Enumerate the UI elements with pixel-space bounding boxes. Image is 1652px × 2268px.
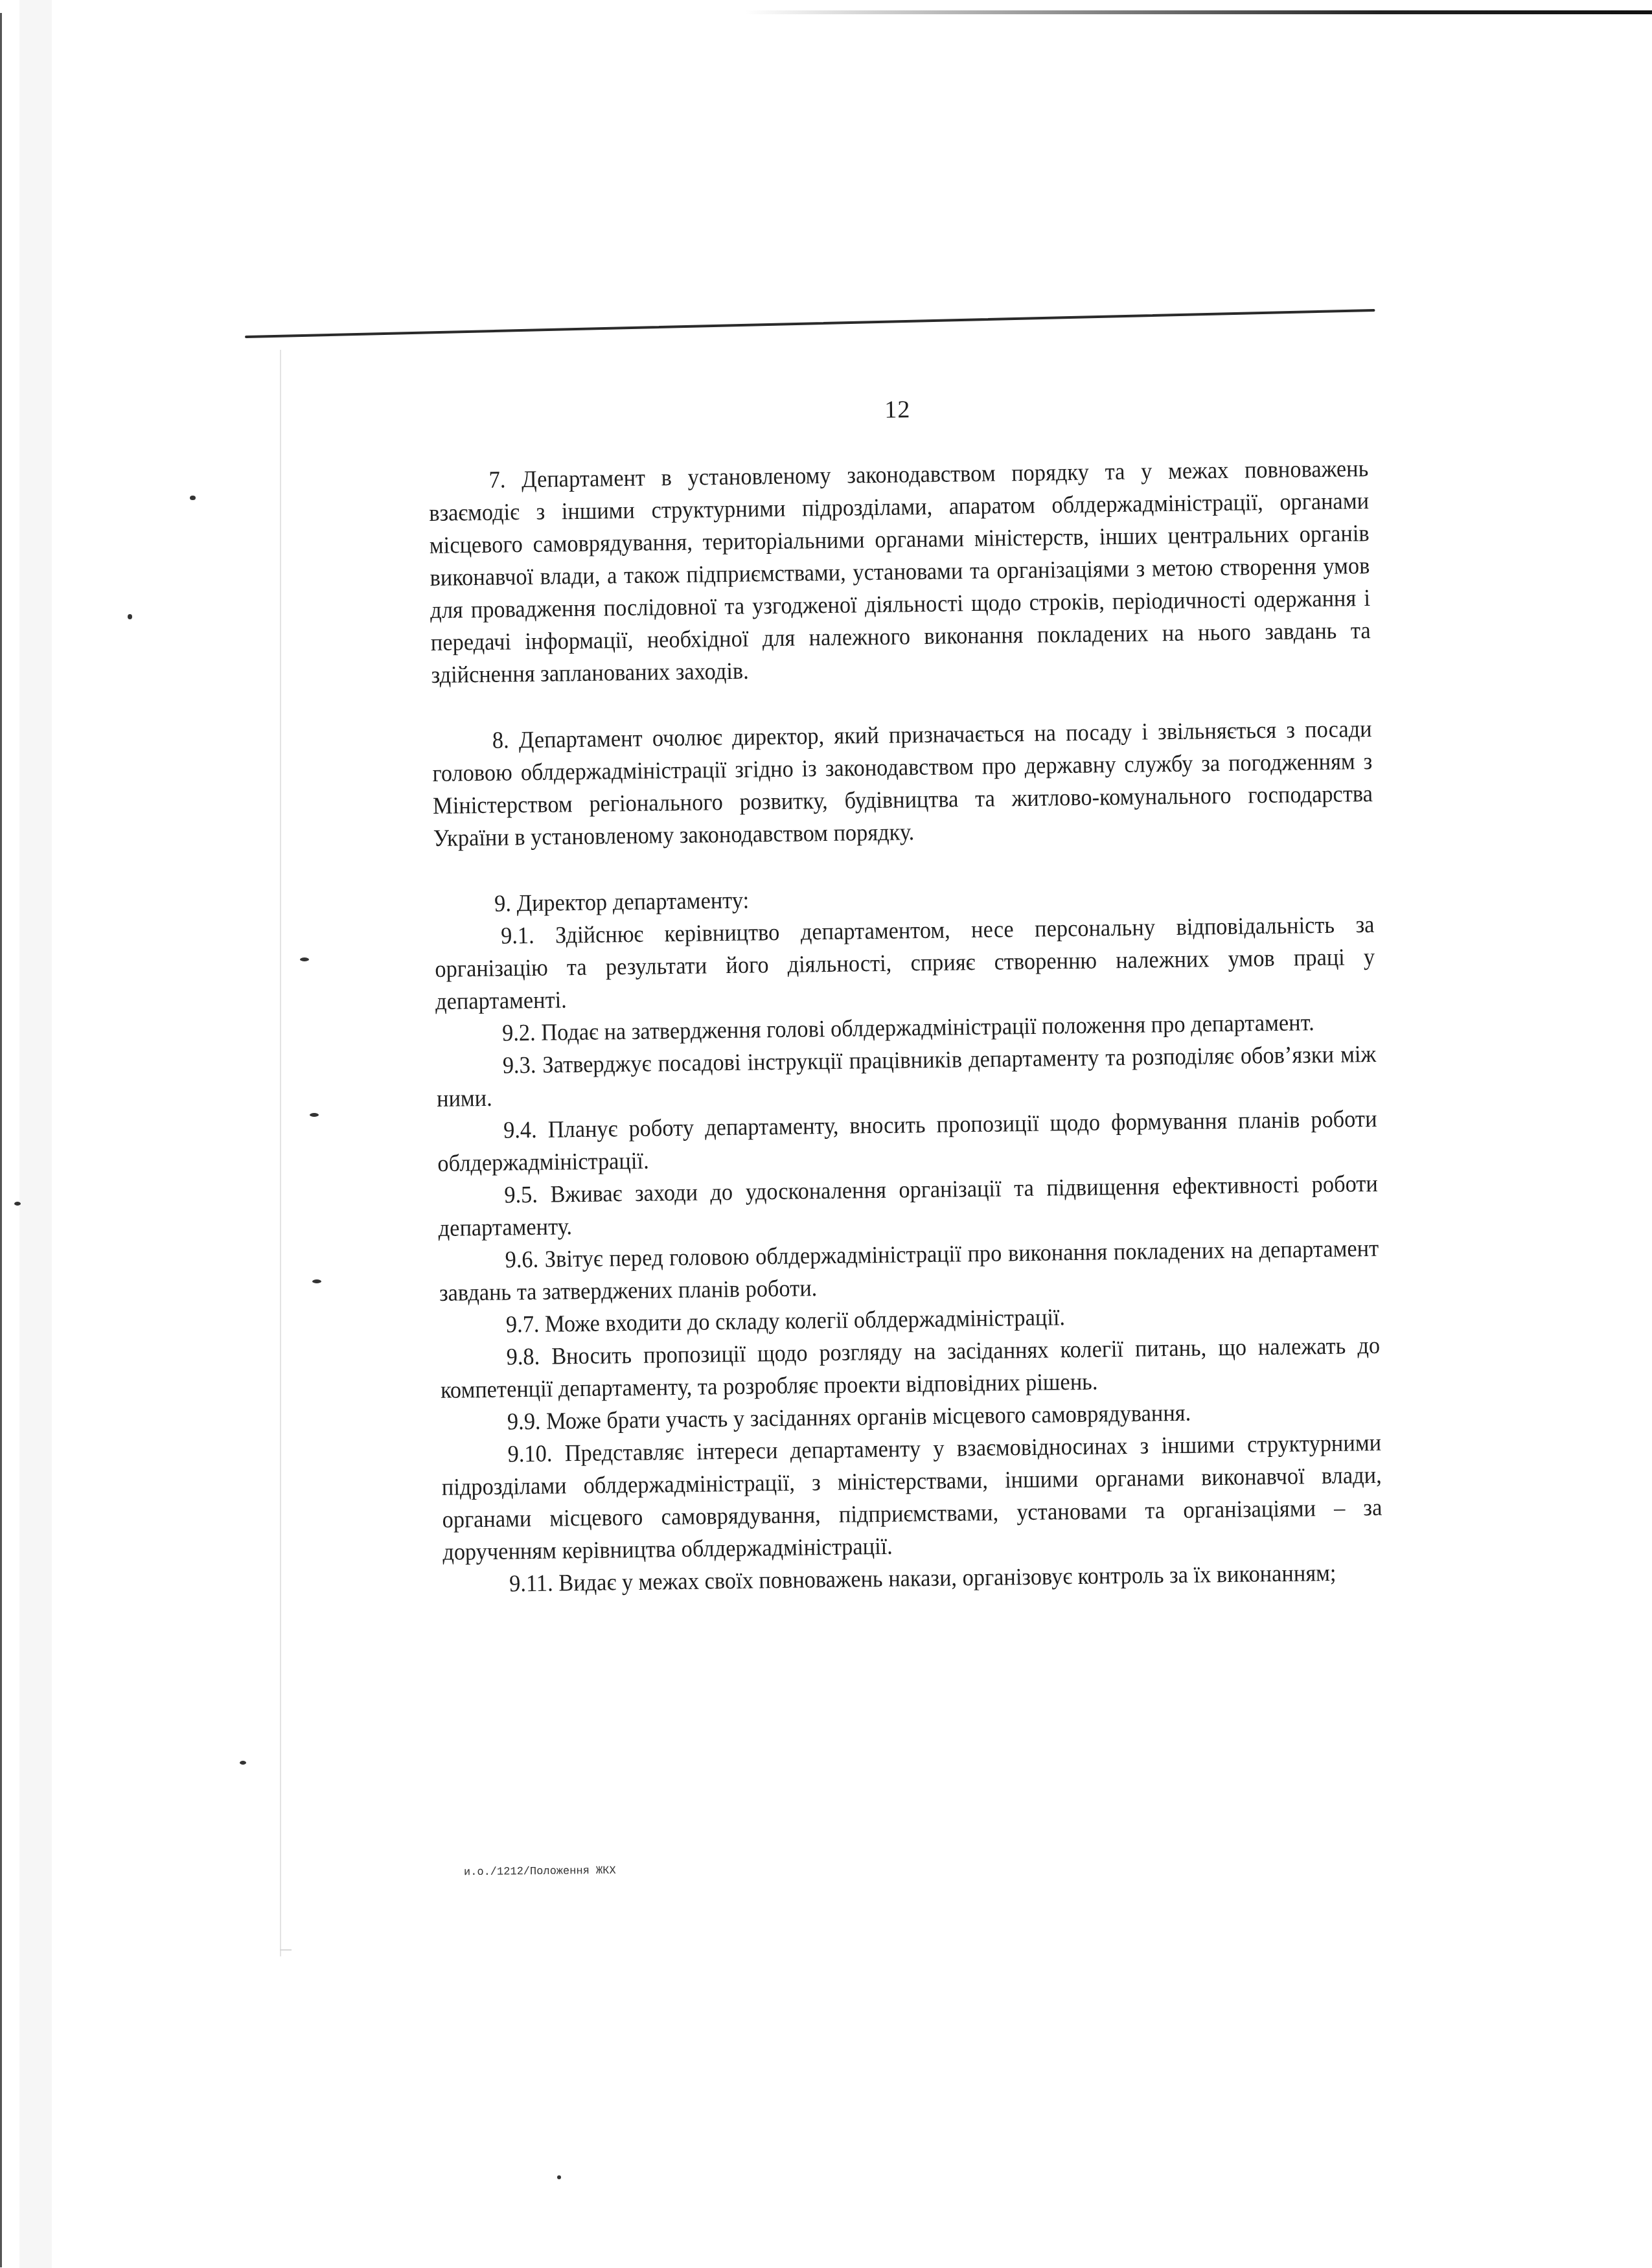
paragraph-8: 8. Департамент очолює директор, який при… <box>432 713 1373 855</box>
scan-speck <box>300 957 309 961</box>
scan-speck <box>310 1113 319 1117</box>
scan-speck <box>128 614 132 619</box>
page-number: 12 <box>428 389 1367 430</box>
scan-speck <box>14 1202 21 1206</box>
footer-document-code: и.о./1212/Положення ЖКХ <box>464 1865 616 1879</box>
scan-top-edge <box>745 10 1652 14</box>
scan-shadow <box>19 0 52 2268</box>
paragraph-9-4: 9.4. Планує роботу департаменту, вносить… <box>437 1103 1377 1180</box>
page-corner-mark <box>280 1949 292 1951</box>
paragraph-9-3: 9.3. Затверджує посадові інструкції прац… <box>436 1038 1377 1116</box>
paragraph-9-10: 9.10. Представляє інтереси департаменту … <box>441 1427 1382 1569</box>
page-top-edge-line <box>245 309 1375 338</box>
paragraph-7: 7. Департамент в установленому законодав… <box>428 453 1371 692</box>
paragraph-9-5: 9.5. Вживає заходи до удосконалення орга… <box>438 1168 1379 1245</box>
paragraph-9-1: 9.1. Здійснює керівництво департаментом,… <box>434 909 1375 1018</box>
scan-speck <box>190 496 196 500</box>
scan-left-edge <box>0 13 2 2267</box>
document-body: 12 7. Департамент в установленому законо… <box>428 389 1382 1601</box>
scan-speck <box>240 1761 246 1765</box>
paragraph-9-8: 9.8. Вносить пропозиції щодо розгляду на… <box>440 1330 1381 1407</box>
scan-speck <box>312 1279 321 1283</box>
page-left-edge-line <box>280 350 281 1956</box>
scan-speck <box>557 2175 561 2179</box>
paragraph-9-6: 9.6. Звітує перед головою облдержадмініс… <box>439 1233 1379 1310</box>
